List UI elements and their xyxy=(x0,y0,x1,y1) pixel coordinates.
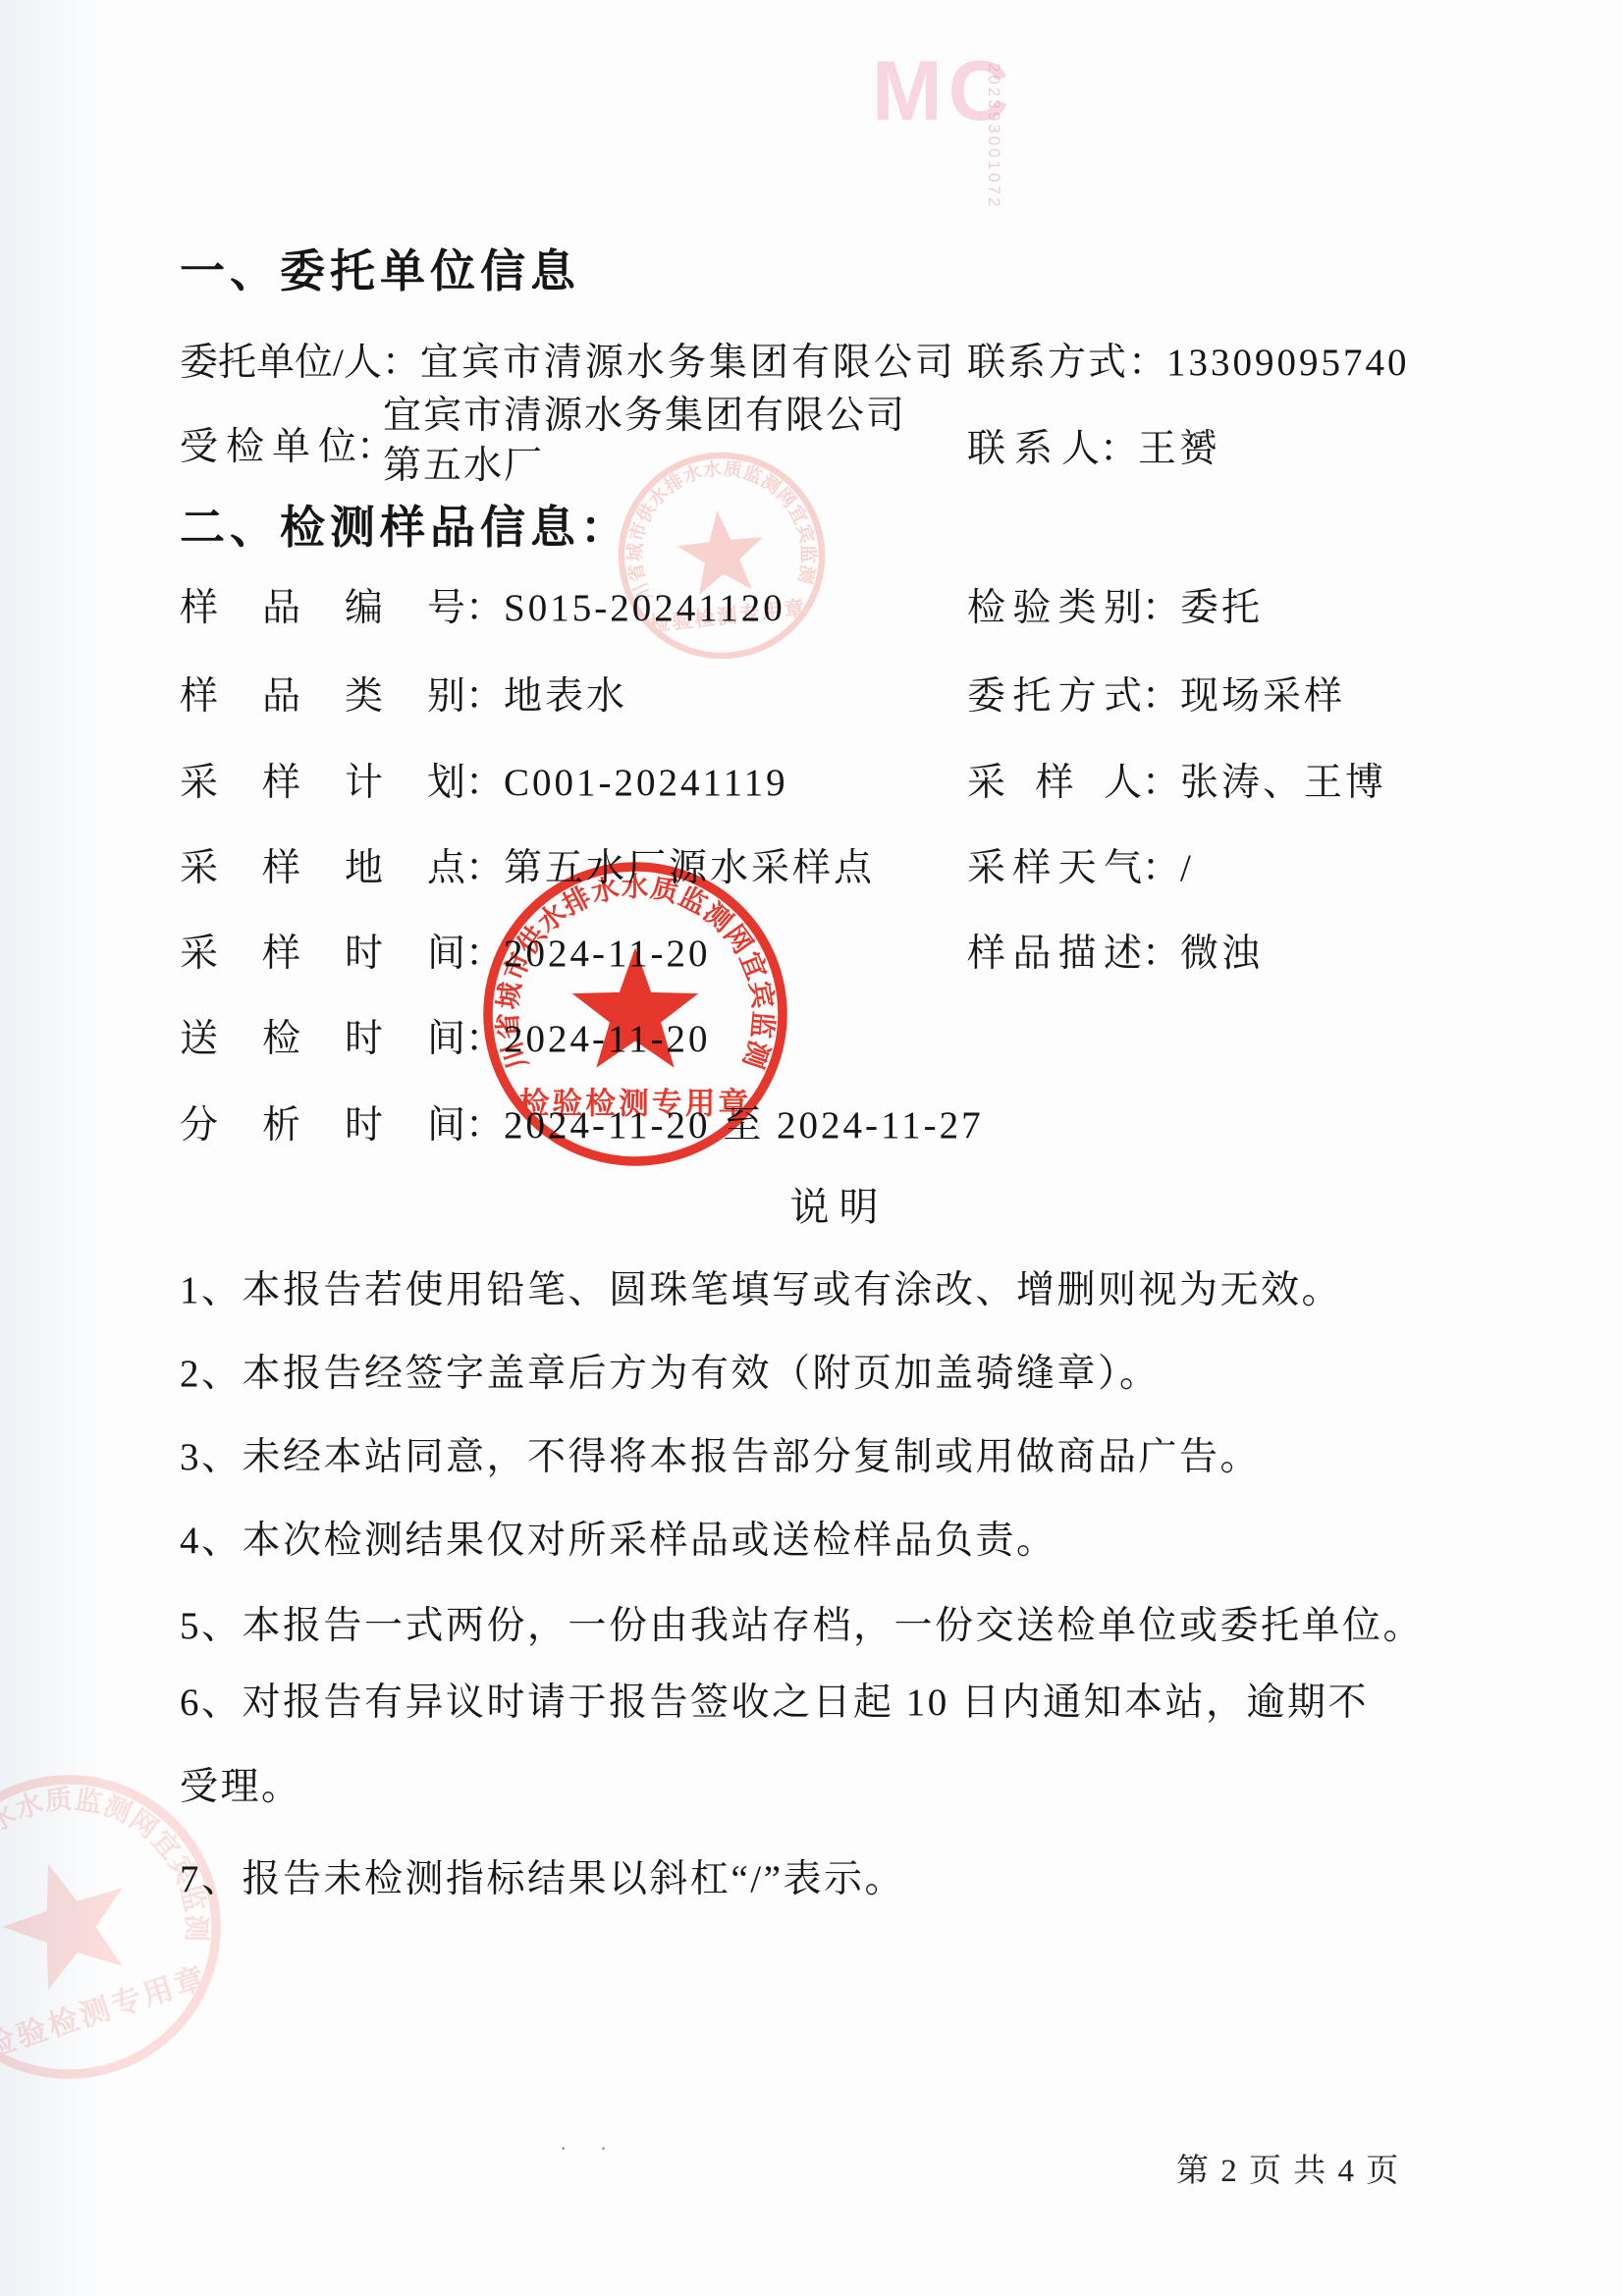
section-heading-sample-info: 二、检测样品信息： xyxy=(180,492,630,557)
contact-method-value: 13309095740 xyxy=(1166,342,1410,384)
document-page: MC 202393001072 四川省城市供水排水水质监测网宜宾监测站 检验检测… xyxy=(0,0,1623,2296)
colon: ： xyxy=(465,587,504,629)
sample-field-row: 采样人：张涛、王博 xyxy=(967,752,1386,807)
colon: ： xyxy=(1142,847,1180,889)
section-heading-client-info: 一、委托单位信息 xyxy=(180,236,580,300)
sample-field-row: 采样天气：/ xyxy=(967,837,1194,892)
field-label: 采样时间 xyxy=(180,923,465,978)
field-label: 委托方式 xyxy=(967,666,1142,721)
field-value: 微浊 xyxy=(1180,933,1263,975)
note-item: 5、本报告一式两份，一份由我站存档，一份交送检单位或委托单位。 xyxy=(180,1595,1424,1650)
sample-field-row: 采样计划：C001-20241119 xyxy=(180,752,788,807)
field-value: / xyxy=(1180,847,1194,889)
stray-marks: · · xyxy=(560,2136,621,2162)
colon: ： xyxy=(465,762,504,804)
field-label: 采样人 xyxy=(967,752,1142,807)
colon: ： xyxy=(1142,675,1180,718)
field-value: 委托 xyxy=(1180,587,1263,629)
stamp-star-icon xyxy=(572,947,699,1067)
note-item: 3、未经本站同意，不得将本报告部分复制或用做商品广告。 xyxy=(180,1426,1261,1481)
note-item: 6、对报告有异议时请于报告签收之日起 10 日内通知本站，逾期不受理。 xyxy=(180,1661,1373,1830)
contact-method-row: 联系方式：13309095740 xyxy=(967,332,1410,387)
sample-field-row: 样品描述：微浊 xyxy=(967,923,1263,978)
colon: ： xyxy=(1128,342,1166,384)
field-value: S015-20241120 xyxy=(504,587,785,629)
note-item: 7、报告未检测指标结果以斜杠“/”表示。 xyxy=(180,1848,905,1903)
note-item: 4、本次检测结果仅对所采样品或送检样品负责。 xyxy=(180,1510,1057,1565)
field-label: 样品描述 xyxy=(967,923,1142,978)
field-label: 采样天气 xyxy=(967,837,1142,892)
colon: ： xyxy=(382,342,420,384)
inspected-unit-label: 受检单位 xyxy=(180,416,356,471)
inspection-stamp-main: 四川省城市供水排水水质监测网宜宾监测站 检验检测专用章 xyxy=(469,848,801,1180)
contact-method-label: 联系方式 xyxy=(967,342,1128,384)
client-unit-row: 委托单位/人：宜宾市清源水务集团有限公司 xyxy=(180,332,956,387)
note-item: 1、本报告若使用铅笔、圆珠笔填写或有涂改、增删则视为无效。 xyxy=(180,1259,1342,1314)
client-unit-value: 宜宾市清源水务集团有限公司 xyxy=(420,342,956,384)
contact-person-value: 王赟 xyxy=(1138,428,1220,470)
field-label: 检验类别 xyxy=(967,577,1142,632)
stamp-star-icon xyxy=(0,1844,145,1998)
contact-person-row: 联系人：王赟 xyxy=(967,418,1220,473)
field-value: 地表水 xyxy=(504,675,627,718)
colon: ： xyxy=(1142,933,1180,975)
client-unit-label: 委托单位/人 xyxy=(180,342,382,384)
notes-heading: 说明 xyxy=(27,1176,1623,1232)
colon: ： xyxy=(1100,428,1138,470)
inspected-unit-value: 宜宾市清源水务集团有限公司 第五水厂 xyxy=(383,391,906,491)
field-label: 送检时间 xyxy=(180,1008,465,1063)
sample-field-row: 样品编号：S015-20241120 xyxy=(180,577,785,632)
sample-field-row: 委托方式：现场采样 xyxy=(967,666,1345,721)
contact-person-label: 联系人 xyxy=(967,418,1100,473)
field-label: 采样计划 xyxy=(180,752,465,807)
note-item: 2、本报告经签字盖章后方为有效（附页加盖骑缝章）。 xyxy=(180,1343,1161,1398)
sample-field-row: 检验类别：委托 xyxy=(967,577,1263,632)
field-label: 采样地点 xyxy=(180,837,465,892)
colon: ： xyxy=(1142,587,1180,629)
watermark-serial: 202393001072 xyxy=(984,63,1003,209)
field-label: 样品类别 xyxy=(180,666,465,721)
colon: ： xyxy=(1142,762,1180,804)
sample-field-row: 样品类别：地表水 xyxy=(180,666,627,721)
inspected-unit-label-row: 受检单位： xyxy=(180,416,395,471)
stamp-bottom-text: 检验检测专用章 xyxy=(0,1959,212,2063)
field-value: C001-20241119 xyxy=(504,762,788,804)
inspected-unit-line2: 第五水厂 xyxy=(383,441,906,491)
inspected-unit-line1: 宜宾市清源水务集团有限公司 xyxy=(383,391,906,441)
field-label: 分析时间 xyxy=(180,1095,465,1149)
stamp-bottom-text: 检验检测专用章 xyxy=(519,1086,752,1120)
field-value: 现场采样 xyxy=(1180,675,1345,718)
field-value: 张涛、王博 xyxy=(1180,762,1386,804)
page-number: 第 2 页 共 4 页 xyxy=(1176,2145,1400,2191)
colon: ： xyxy=(465,675,504,718)
field-label: 样品编号 xyxy=(180,577,465,632)
